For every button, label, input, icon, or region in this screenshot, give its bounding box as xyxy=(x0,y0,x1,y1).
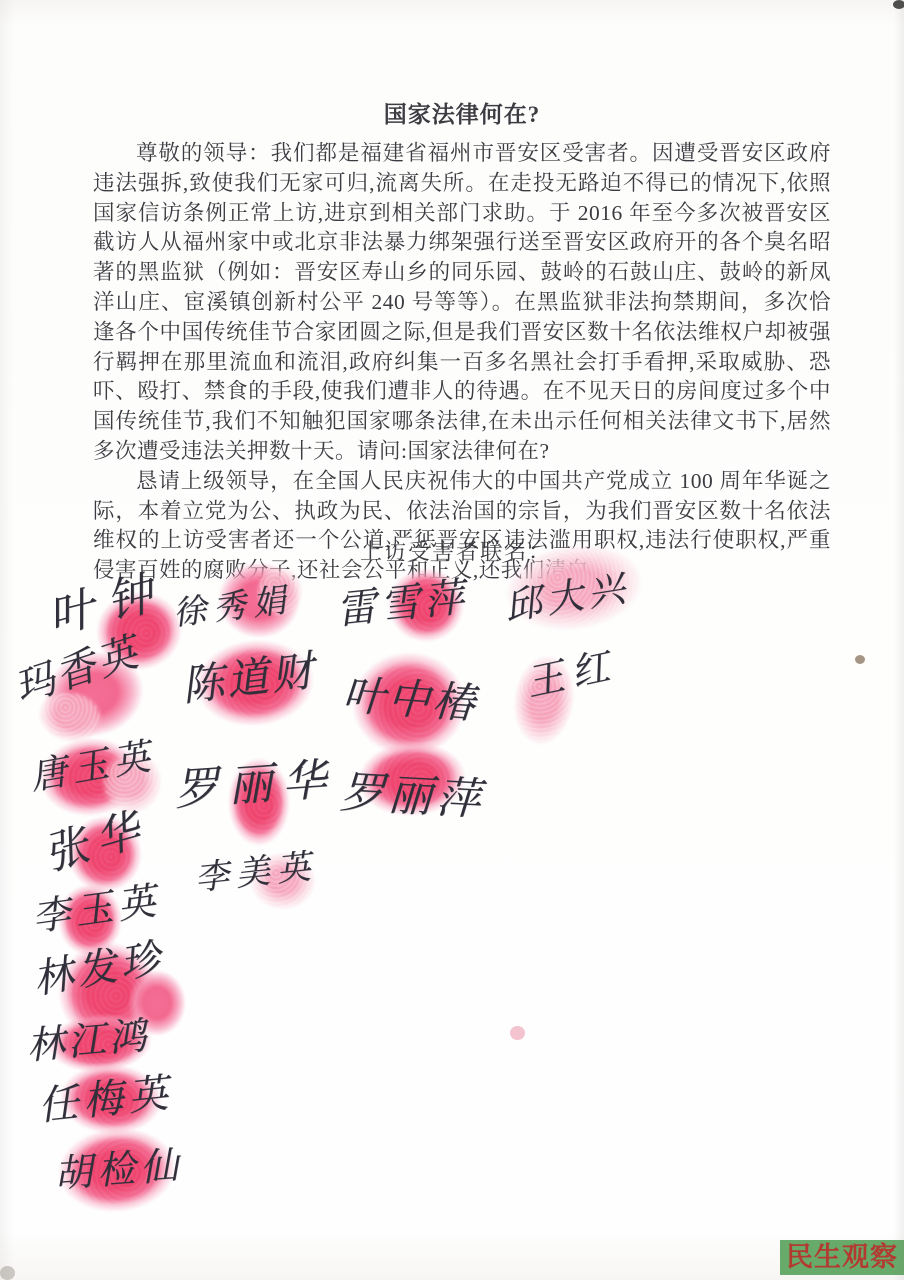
signature-stamp-layer: 叶钟徐秀娟雷雪萍邱大兴玛香英陈道财叶中椿王红唐玉英罗丽华罗丽萍张华李美英李玉英林… xyxy=(0,0,904,1280)
signature-name: 罗丽萍 xyxy=(339,756,486,827)
ink-speck xyxy=(893,0,904,9)
signature-name: 王红 xyxy=(520,634,621,707)
signature-name: 叶中椿 xyxy=(341,662,480,731)
signature-name: 林江鸿 xyxy=(24,1004,151,1070)
petition-page: 国家法律何在? 尊敬的领导：我们都是福建省福州市晋安区受害者。因遭受晋安区政府违… xyxy=(0,0,904,1280)
ink-speck xyxy=(0,1266,15,1280)
ink-speck xyxy=(855,655,865,664)
signature-name: 任梅英 xyxy=(35,1061,175,1132)
signature-name: 罗丽华 xyxy=(172,743,338,818)
watermark-minsheng-guancha: 民生观察 xyxy=(780,1240,904,1275)
ink-speck xyxy=(510,1026,525,1040)
signature-name: 胡检仙 xyxy=(52,1134,185,1198)
